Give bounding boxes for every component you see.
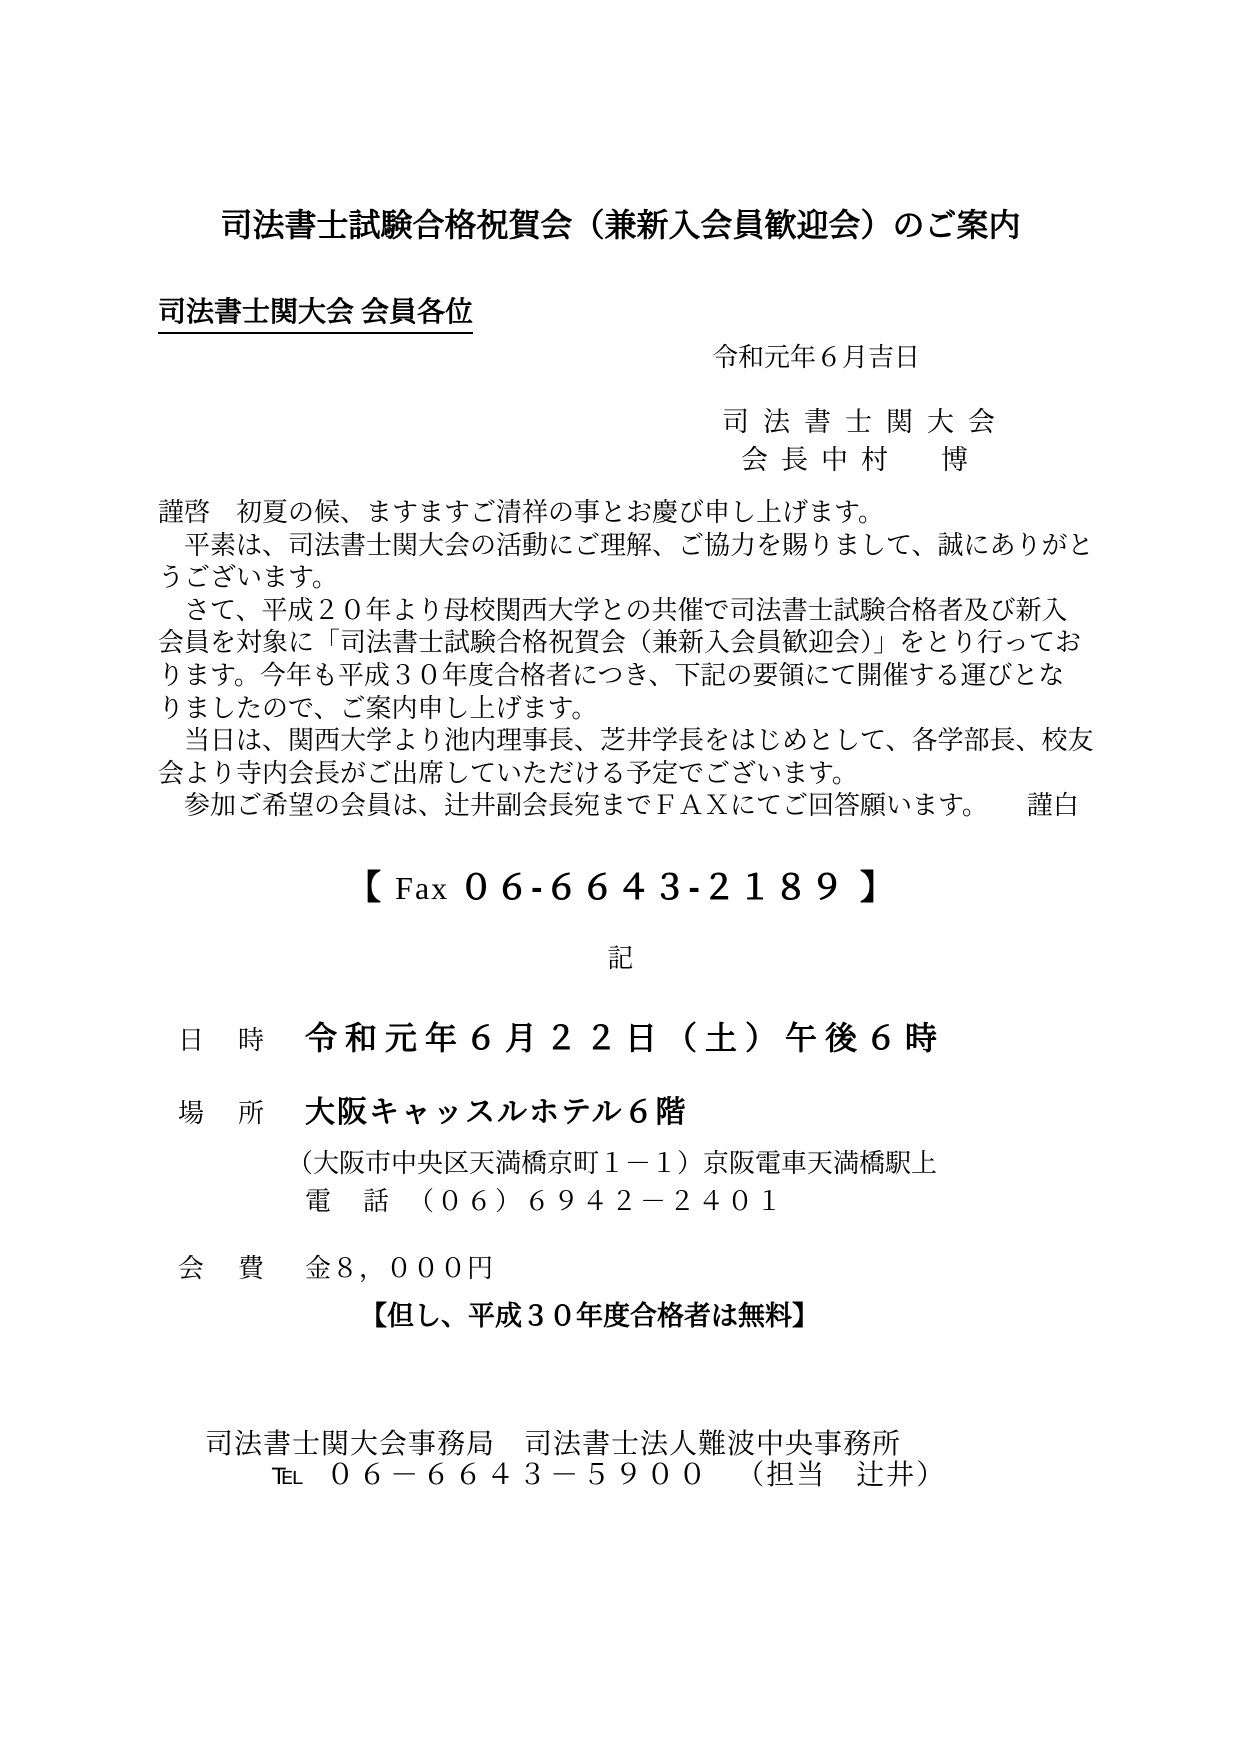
footer-tel-number: ０６－６６４３－５９００	[326, 1460, 710, 1491]
fax-number: ０６-６６４３-２１８９	[459, 869, 846, 907]
fee-note: 【但し、平成３０年度合格者は無料】	[360, 1294, 819, 1333]
body-line: 平素は、司法書士関大会の活動にご理解、ご協力を賜りまして、誠にありがと	[158, 530, 1121, 563]
fee-value: 金８，０００円	[305, 1254, 494, 1283]
venue-address: （大阪市中央区天満橋京町１－１）京阪電車天満橋駅上	[287, 1143, 937, 1180]
datetime-value: 令和元年６月２２日（土）午後６時	[305, 1020, 945, 1056]
body-line: うございます。	[158, 562, 1121, 595]
fax-close-bracket: 】	[860, 870, 894, 907]
fee-label: 会 費	[178, 1256, 305, 1282]
sender-president: 会長中村 博	[741, 438, 981, 477]
document-page: 司法書士試験合格祝賀会（兼新入会員歓迎会）のご案内 司法書士関大会 会員各位 令…	[0, 0, 1241, 1754]
venue-name: 大阪キャッスルホテル６階	[305, 1096, 688, 1129]
detail-row-venue: 場 所大阪キャッスルホテル６階	[178, 1098, 688, 1128]
body-line: 会より寺内会長がご出席していただける予定でございます。	[158, 758, 1121, 791]
venue-label: 場 所	[178, 1101, 305, 1127]
body-line: さて、平成２０年より母校関西大学との共催で司法書士試験合格者及び新入	[158, 595, 1121, 628]
body-line: りましたので、ご案内申し上げます。	[158, 693, 1121, 726]
detail-row-datetime: 日 時令和元年６月２２日（土）午後６時	[178, 1022, 945, 1054]
detail-row-fee: 会 費金８，０００円	[178, 1256, 494, 1282]
footer-contact: （担当 辻井）	[736, 1460, 946, 1491]
fax-callout: 【Fax０６-６６４３-２１８９】	[0, 860, 1241, 909]
addressee-line: 司法書士関大会 会員各位	[158, 290, 473, 334]
body-line: 参加ご希望の会員は、辻井副会長宛までＦＡＸにてご回答願います。 謹白	[158, 790, 1121, 823]
footer-tel-line: ℡０６－６６４３－５９００（担当 辻井）	[272, 1460, 946, 1490]
fax-label: Fax	[395, 870, 449, 906]
record-marker: 記	[0, 938, 1241, 975]
body-line: ります。今年も平成３０年度合格者につき、下記の要領にて開催する運びとな	[158, 660, 1121, 693]
footer-office-line: 司法書士関大会事務局 司法書士法人難波中央事務所	[205, 1422, 901, 1462]
tel-icon: ℡	[272, 1458, 304, 1491]
issue-date: 令和元年６月吉日	[712, 337, 920, 374]
venue-phone: 電 話 （０６）６９４２－２４０１	[305, 1181, 785, 1218]
body-line: 当日は、関西大学より池内理事長、芝井学長をはじめとして、各学部長、校友	[158, 725, 1121, 758]
body-line: 会員を対象に「司法書士試験合格祝賀会（兼新入会員歓迎会）」をとり行ってお	[158, 627, 1121, 660]
page-title: 司法書士試験合格祝賀会（兼新入会員歓迎会）のご案内	[0, 200, 1241, 246]
body-line: 謹啓 初夏の候、ますますご清祥の事とお慶び申し上げます。	[158, 497, 1121, 530]
fax-open-bracket: 【	[347, 870, 381, 907]
letter-body: 謹啓 初夏の候、ますますご清祥の事とお慶び申し上げます。 平素は、司法書士関大会…	[158, 497, 1121, 823]
sender-organization: 司法書士関大会	[722, 400, 1009, 439]
datetime-label: 日 時	[178, 1028, 305, 1054]
